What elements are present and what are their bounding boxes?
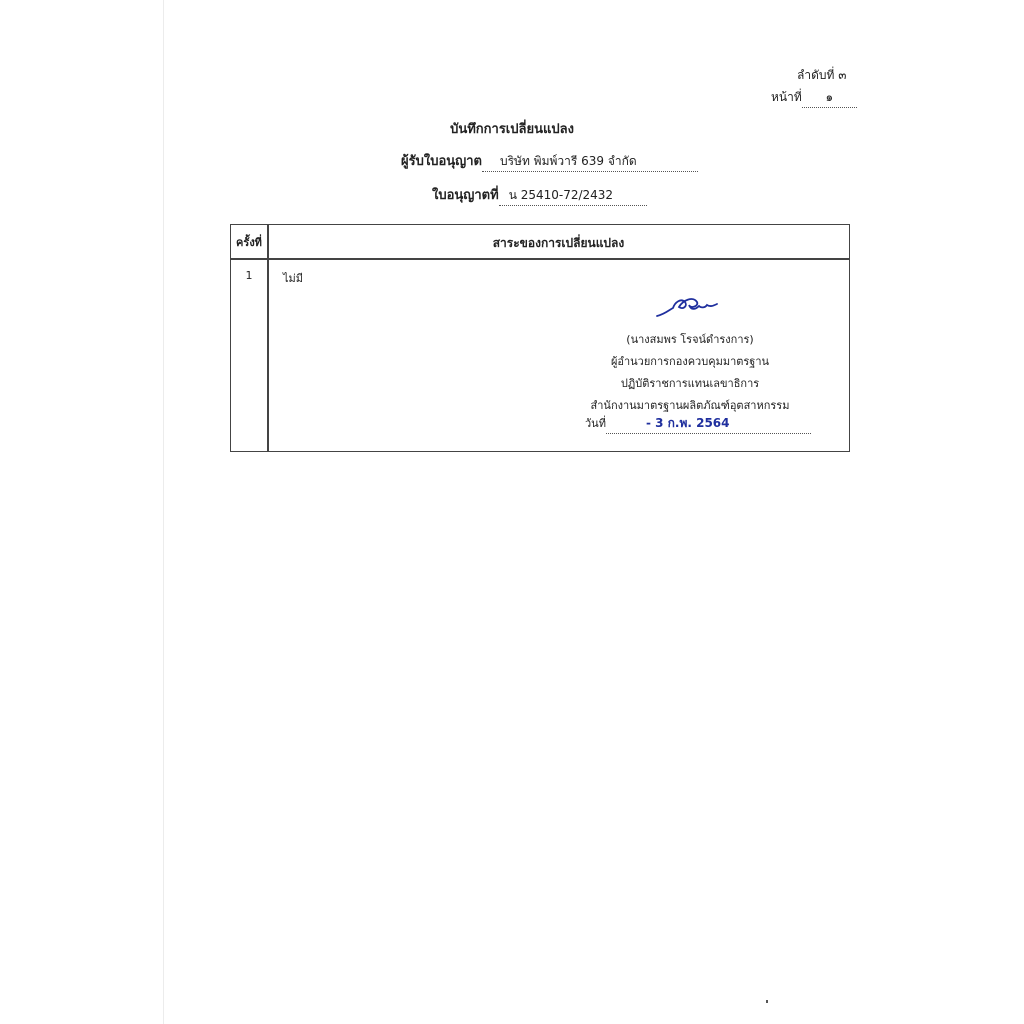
date-stamp: - 3 ก.พ. 2564 — [606, 414, 811, 434]
licensee-line: ผู้รับใบอนุญาตบริษัท พิมพ์วารี 639 จำกัด — [401, 150, 698, 172]
signatory-position: ผู้อำนวยการกองควบคุมมาตรฐาน — [540, 352, 840, 370]
license-number-line: ใบอนุญาตที่น 25410-72/2432 — [432, 184, 647, 206]
header-divider — [231, 258, 849, 260]
licensee-label: ผู้รับใบอนุญาต — [401, 154, 482, 169]
license-number-label: ใบอนุญาตที่ — [432, 188, 499, 203]
signature-icon — [655, 292, 719, 322]
sequence-number: ลำดับที่ ๓ — [797, 66, 846, 85]
row-content: ไม่มี — [283, 269, 303, 287]
page-label: หน้าที่ — [771, 90, 802, 104]
date-label: วันที่ — [585, 417, 606, 430]
signatory-name: (นางสมพร โรจน์ดำรงการ) — [540, 330, 840, 348]
scan-page-edge — [163, 0, 164, 1024]
page-number: ๑ — [802, 88, 857, 108]
signatory-office: สำนักงานมาตรฐานผลิตภัณฑ์อุตสาหกรรม — [540, 396, 840, 414]
scan-speck — [766, 1000, 768, 1003]
document-title: บันทึกการเปลี่ยนแปลง — [0, 118, 1024, 139]
column-header-content: สาระของการเปลี่ยนแปลง — [268, 234, 849, 253]
date-line: วันที่- 3 ก.พ. 2564 — [585, 414, 811, 434]
signatory-acting-for: ปฏิบัติราชการแทนเลขาธิการ — [540, 374, 840, 392]
license-number-value: น 25410-72/2432 — [499, 186, 647, 206]
row-number: 1 — [231, 269, 267, 282]
page-number-line: หน้าที่๑ — [771, 88, 857, 108]
licensee-value: บริษัท พิมพ์วารี 639 จำกัด — [482, 152, 698, 172]
column-header-no: ครั้งที่ — [231, 233, 267, 251]
